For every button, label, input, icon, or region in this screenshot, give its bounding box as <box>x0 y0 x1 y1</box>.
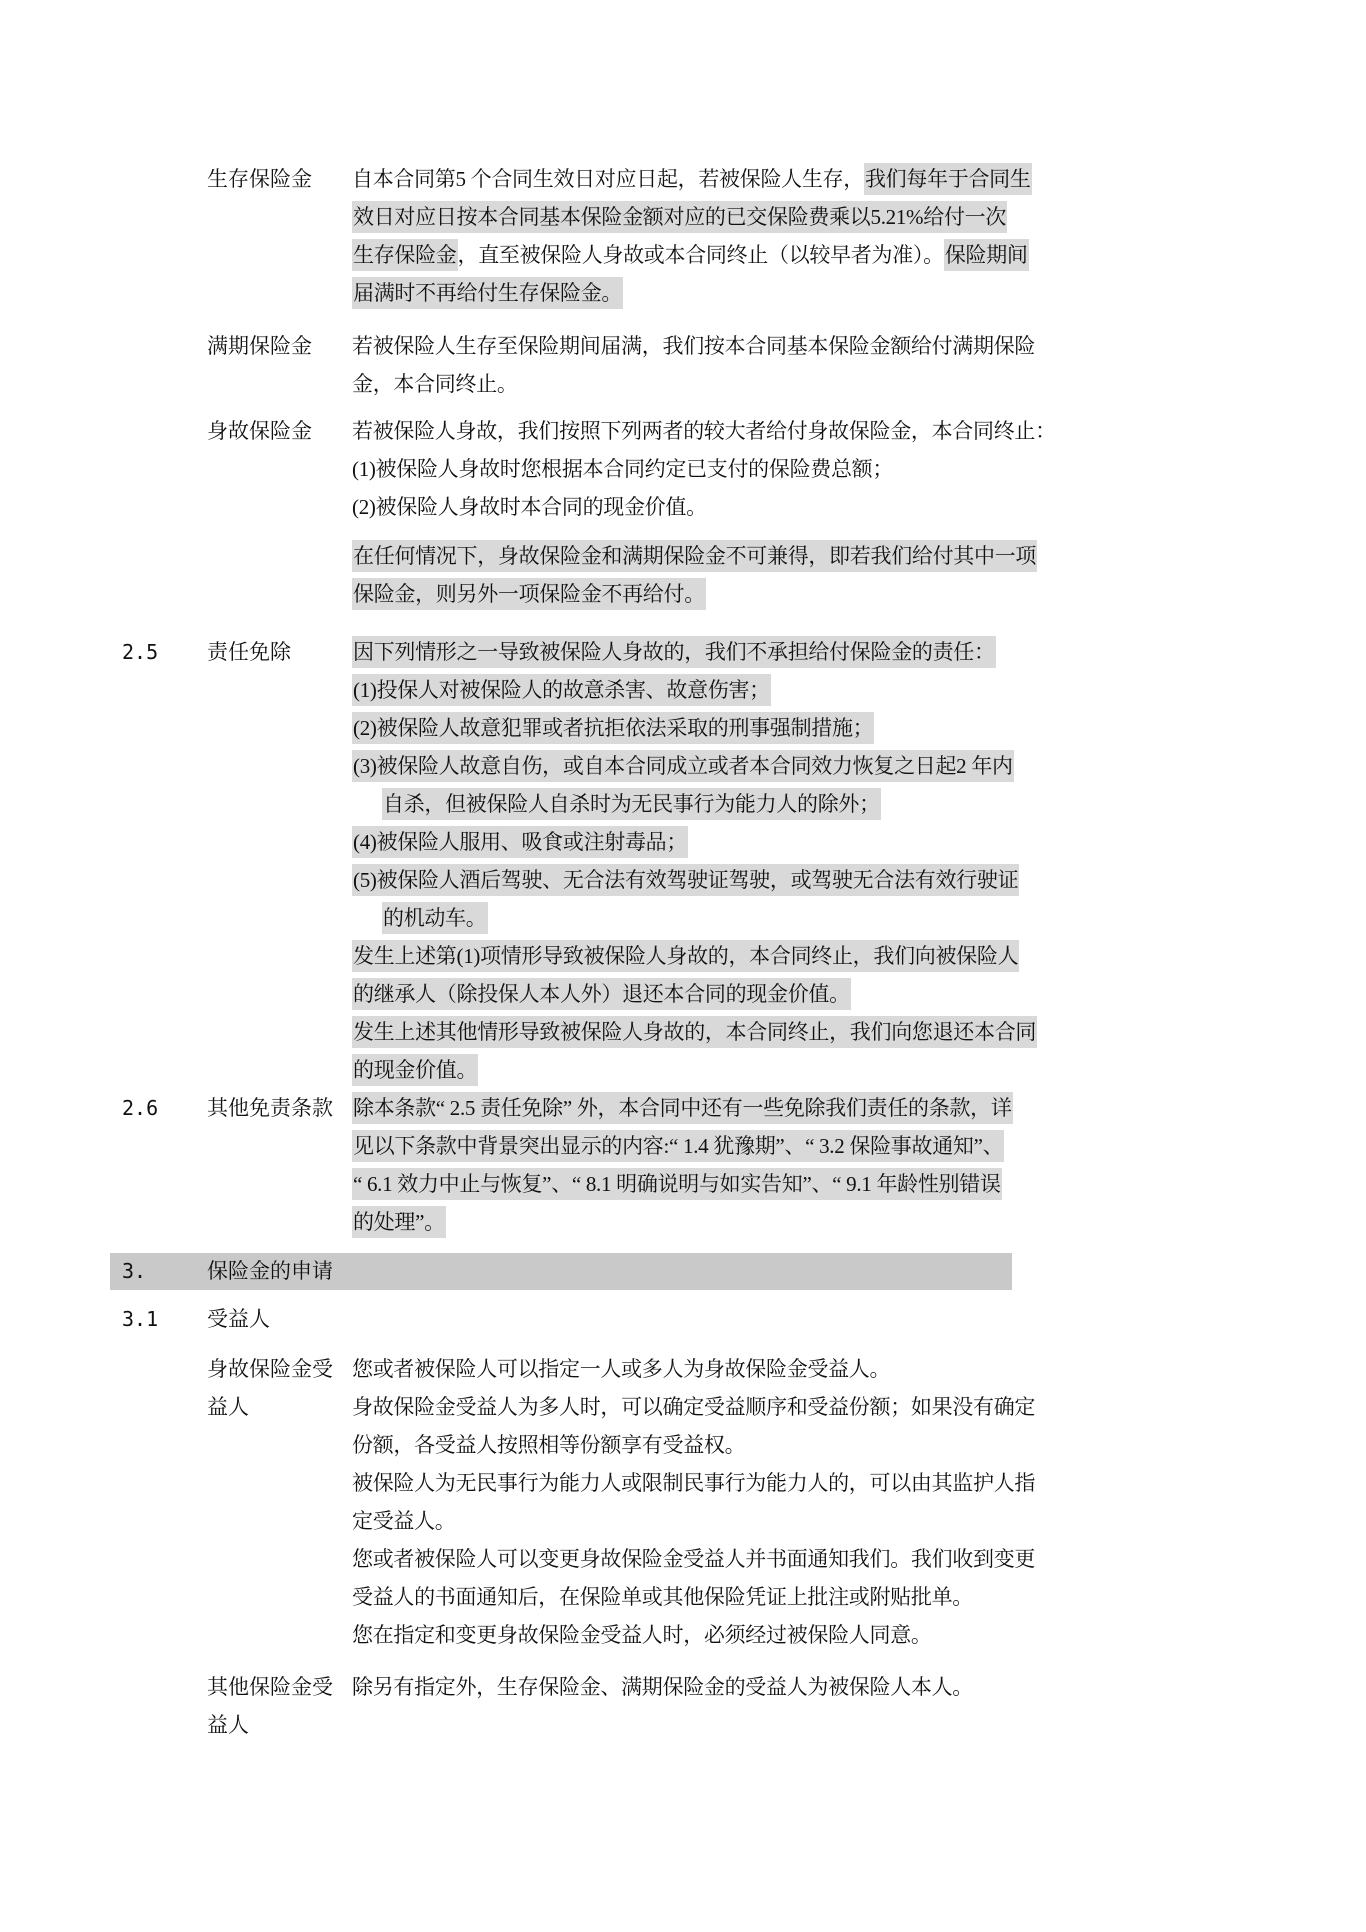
text-line: 的处理”。 <box>352 1203 1015 1241</box>
text-line: (4)被保险人服用、吸食或注射毒品； <box>352 823 1015 861</box>
clause-number: 3. <box>122 1253 207 1290</box>
highlighted-text: 自杀，但被保险人自杀时为无民事行为能力人的除外； <box>382 788 881 820</box>
text-line: 保险金，则另外一项保险金不再给付。 <box>352 575 1015 613</box>
paragraph: 在任何情况下，身故保险金和满期保险金不可兼得，即若我们给付其中一项保险金，则另外… <box>352 537 1015 613</box>
plain-text: ，直至被保险人身故或本合同终止（以较早者为准）。 <box>458 243 944 267</box>
text-line: (3)被保险人故意自伤，或自本合同成立或者本合同效力恢复之日起2 年内 <box>352 747 1015 785</box>
death-benefit-row: 身故保险金若被保险人身故，我们按照下列两者的较大者给付身故保险金，本合同终止：(… <box>122 412 1010 613</box>
other-benefit-beneficiary-row: 其他保险金受益人除另有指定外，生存保险金、满期保险金的受益人为被保险人本人。 <box>122 1668 1010 1744</box>
text-line: (1)被保险人身故时您根据本合同约定已支付的保险费总额； <box>352 450 1015 488</box>
death-benefit-beneficiary-row: 身故保险金受益人您或者被保险人可以指定一人或多人为身故保险金受益人。身故保险金受… <box>122 1350 1010 1654</box>
highlighted-text: 的继承人（除投保人本人外）退还本合同的现金价值。 <box>352 978 851 1010</box>
highlighted-text: 届满时不再给付生存保险金。 <box>352 277 623 309</box>
text-line: (5)被保险人酒后驾驶、无合法有效驾驶证驾驶，或驾驶无合法有效行驶证 <box>352 861 1015 899</box>
highlighted-text: 除本条款“ 2.5 责任免除” 外，本合同中还有一些免除我们责任的条款，详 <box>352 1092 1013 1124</box>
plain-text: 除另有指定外，生存保险金、满期保险金的受益人为被保险人本人。 <box>352 1675 973 1699</box>
clause-text: 因下列情形之一导致被保险人身故的，我们不承担给付保险金的责任：(1)投保人对被保… <box>352 633 1015 1089</box>
highlighted-text: 发生上述其他情形导致被保险人身故的，本合同终止，我们向您退还本合同 <box>352 1016 1037 1048</box>
clause-label: 其他保险金受益人 <box>207 1668 352 1744</box>
plain-text: 自本合同第5 个合同生效日对应日起，若被保险人生存， <box>352 167 864 191</box>
highlighted-text: (4)被保险人服用、吸食或注射毒品； <box>352 826 688 858</box>
text-line: 您或者被保险人可以变更身故保险金受益人并书面通知我们。我们收到变更 <box>352 1540 1015 1578</box>
plain-text: 您在指定和变更身故保险金受益人时，必须经过被保险人同意。 <box>352 1623 932 1647</box>
text-line: 若被保险人身故，我们按照下列两者的较大者给付身故保险金，本合同终止： <box>352 412 1015 450</box>
clause-text: 除另有指定外，生存保险金、满期保险金的受益人为被保险人本人。 <box>352 1668 1015 1706</box>
highlighted-text: 见以下条款中背景突出显示的内容:“ 1.4 犹豫期”、“ 3.2 保险事故通知”… <box>352 1130 1004 1162</box>
survival-benefit-row: 生存保险金自本合同第5 个合同生效日对应日起，若被保险人生存，我们每年于合同生效… <box>122 160 1010 312</box>
highlighted-text: 我们每年于合同生 <box>864 163 1032 195</box>
text-line: 受益人的书面通知后，在保险单或其他保险凭证上批注或附贴批单。 <box>352 1578 1015 1616</box>
text-line: 的机动车。 <box>352 899 1015 937</box>
text-line: (2)被保险人故意犯罪或者抗拒依法采取的刑事强制措施； <box>352 709 1015 747</box>
clause-label: 身故保险金 <box>207 412 352 450</box>
maturity-benefit-row: 满期保险金若被保险人生存至保险期间届满，我们按本合同基本保险金额给付满期保险金，… <box>122 327 1010 403</box>
text-line: 份额，各受益人按照相等份额享有受益权。 <box>352 1426 1015 1464</box>
clause-number: 2.6 <box>122 1089 207 1127</box>
plain-text: 定受益人。 <box>352 1509 456 1533</box>
text-line: 的现金价值。 <box>352 1051 1015 1089</box>
highlighted-text: 保险金，则另外一项保险金不再给付。 <box>352 578 706 610</box>
text-line: 除本条款“ 2.5 责任免除” 外，本合同中还有一些免除我们责任的条款，详 <box>352 1089 1015 1127</box>
highlighted-text: 效日对应日按本合同基本保险金额对应的已交保险费乘以5.21%给付一次 <box>352 201 1007 233</box>
highlighted-text: (5)被保险人酒后驾驶、无合法有效驾驶证驾驶，或驾驶无合法有效行驶证 <box>352 864 1019 896</box>
paragraph: 除另有指定外，生存保险金、满期保险金的受益人为被保险人本人。 <box>352 1668 1015 1706</box>
text-line: (1)投保人对被保险人的故意杀害、故意伤害； <box>352 671 1015 709</box>
plain-text: 金，本合同终止。 <box>352 372 518 396</box>
paragraph: 若被保险人身故，我们按照下列两者的较大者给付身故保险金，本合同终止：(1)被保险… <box>352 412 1015 526</box>
plain-text: 您或者被保险人可以指定一人或多人为身故保险金受益人。 <box>352 1357 890 1381</box>
clause-label: 责任免除 <box>207 633 352 671</box>
text-line: 除另有指定外，生存保险金、满期保险金的受益人为被保险人本人。 <box>352 1668 1015 1706</box>
highlighted-text: (3)被保险人故意自伤，或自本合同成立或者本合同效力恢复之日起2 年内 <box>352 750 1014 782</box>
benefit-application-header-band: 3.保险金的申请 <box>110 1253 1012 1290</box>
paragraph: 若被保险人生存至保险期间届满，我们按本合同基本保险金额给付满期保险金，本合同终止… <box>352 327 1015 403</box>
highlighted-text: “ 6.1 效力中止与恢复”、“ 8.1 明确说明与如实告知”、“ 9.1 年龄… <box>352 1168 1002 1200</box>
plain-text: (2)被保险人身故时本合同的现金价值。 <box>352 495 707 519</box>
text-line: 因下列情形之一导致被保险人身故的，我们不承担给付保险金的责任： <box>352 633 1015 671</box>
other-exemption-clauses-row: 2.6其他免责条款除本条款“ 2.5 责任免除” 外，本合同中还有一些免除我们责… <box>122 1089 1010 1241</box>
highlighted-text: 的处理”。 <box>352 1206 446 1238</box>
clause-number: 2.5 <box>122 633 207 671</box>
clause-label: 满期保险金 <box>207 327 352 365</box>
text-line: 身故保险金受益人为多人时，可以确定受益顺序和受益份额；如果没有确定 <box>352 1388 1015 1426</box>
clause-label: 保险金的申请 <box>207 1253 352 1290</box>
text-line: 金，本合同终止。 <box>352 365 1015 403</box>
paragraph: 您或者被保险人可以指定一人或多人为身故保险金受益人。身故保险金受益人为多人时，可… <box>352 1350 1015 1654</box>
plain-text: 受益人的书面通知后，在保险单或其他保险凭证上批注或附贴批单。 <box>352 1585 973 1609</box>
text-line: 发生上述其他情形导致被保险人身故的，本合同终止，我们向您退还本合同 <box>352 1013 1015 1051</box>
paragraph: 自本合同第5 个合同生效日对应日起，若被保险人生存，我们每年于合同生效日对应日按… <box>352 160 1015 312</box>
plain-text: 若被保险人身故，我们按照下列两者的较大者给付身故保险金，本合同终止： <box>352 419 1056 443</box>
text-line: 您在指定和变更身故保险金受益人时，必须经过被保险人同意。 <box>352 1616 1015 1654</box>
clause-number: 3.1 <box>122 1300 207 1338</box>
highlighted-text: 因下列情形之一导致被保险人身故的，我们不承担给付保险金的责任： <box>352 636 996 668</box>
plain-text: 身故保险金受益人为多人时，可以确定受益顺序和受益份额；如果没有确定 <box>352 1395 1035 1419</box>
highlighted-text: 保险期间 <box>944 239 1029 271</box>
text-line: 见以下条款中背景突出显示的内容:“ 1.4 犹豫期”、“ 3.2 保险事故通知”… <box>352 1127 1015 1165</box>
plain-text: 若被保险人生存至保险期间届满，我们按本合同基本保险金额给付满期保险 <box>352 334 1035 358</box>
text-line: 您或者被保险人可以指定一人或多人为身故保险金受益人。 <box>352 1350 1015 1388</box>
clause-label: 身故保险金受益人 <box>207 1350 352 1426</box>
plain-text: 您或者被保险人可以变更身故保险金受益人并书面通知我们。我们收到变更 <box>352 1547 1035 1571</box>
clause-text: 自本合同第5 个合同生效日对应日起，若被保险人生存，我们每年于合同生效日对应日按… <box>352 160 1015 312</box>
highlighted-text: 发生上述第(1)项情形导致被保险人身故的，本合同终止，我们向被保险人 <box>352 940 1019 972</box>
text-line: 自本合同第5 个合同生效日对应日起，若被保险人生存，我们每年于合同生 <box>352 160 1015 198</box>
liability-exemption-row: 2.5责任免除因下列情形之一导致被保险人身故的，我们不承担给付保险金的责任：(1… <box>122 633 1010 1089</box>
paragraph: 除本条款“ 2.5 责任免除” 外，本合同中还有一些免除我们责任的条款，详见以下… <box>352 1089 1015 1241</box>
clause-text: 若被保险人身故，我们按照下列两者的较大者给付身故保险金，本合同终止：(1)被保险… <box>352 412 1015 613</box>
text-line: “ 6.1 效力中止与恢复”、“ 8.1 明确说明与如实告知”、“ 9.1 年龄… <box>352 1165 1015 1203</box>
text-line: 发生上述第(1)项情形导致被保险人身故的，本合同终止，我们向被保险人 <box>352 937 1015 975</box>
highlighted-text: (2)被保险人故意犯罪或者抗拒依法采取的刑事强制措施； <box>352 712 874 744</box>
text-line: 若被保险人生存至保险期间届满，我们按本合同基本保险金额给付满期保险 <box>352 327 1015 365</box>
clause-label: 受益人 <box>207 1300 352 1338</box>
clause-text: 您或者被保险人可以指定一人或多人为身故保险金受益人。身故保险金受益人为多人时，可… <box>352 1350 1015 1654</box>
highlighted-text: 的现金价值。 <box>352 1054 478 1086</box>
text-line: 定受益人。 <box>352 1502 1015 1540</box>
clause-label: 生存保险金 <box>207 160 352 198</box>
paragraph: 因下列情形之一导致被保险人身故的，我们不承担给付保险金的责任：(1)投保人对被保… <box>352 633 1015 1089</box>
text-line: 生存保险金，直至被保险人身故或本合同终止（以较早者为准）。保险期间 <box>352 236 1015 274</box>
plain-text: (1)被保险人身故时您根据本合同约定已支付的保险费总额； <box>352 457 893 481</box>
text-line: 自杀，但被保险人自杀时为无民事行为能力人的除外； <box>352 785 1015 823</box>
plain-text: 被保险人为无民事行为能力人或限制民事行为能力人的，可以由其监护人指 <box>352 1471 1035 1495</box>
text-line: 在任何情况下，身故保险金和满期保险金不可兼得，即若我们给付其中一项 <box>352 537 1015 575</box>
clause-text: 若被保险人生存至保险期间届满，我们按本合同基本保险金额给付满期保险金，本合同终止… <box>352 327 1015 403</box>
clause-label: 其他免责条款 <box>207 1089 352 1127</box>
clause-text: 除本条款“ 2.5 责任免除” 外，本合同中还有一些免除我们责任的条款，详见以下… <box>352 1089 1015 1241</box>
text-line: 的继承人（除投保人本人外）退还本合同的现金价值。 <box>352 975 1015 1013</box>
highlighted-text: 在任何情况下，身故保险金和满期保险金不可兼得，即若我们给付其中一项 <box>352 540 1037 572</box>
text-line: 届满时不再给付生存保险金。 <box>352 274 1015 312</box>
plain-text: 份额，各受益人按照相等份额享有受益权。 <box>352 1433 745 1457</box>
highlighted-text: (1)投保人对被保险人的故意杀害、故意伤害； <box>352 674 771 706</box>
highlighted-text: 生存保险金 <box>352 239 458 271</box>
text-line: 被保险人为无民事行为能力人或限制民事行为能力人的，可以由其监护人指 <box>352 1464 1015 1502</box>
highlighted-text: 的机动车。 <box>382 902 488 934</box>
beneficiary-heading-row: 3.1受益人 <box>122 1300 1010 1338</box>
document-page: 生存保险金自本合同第5 个合同生效日对应日起，若被保险人生存，我们每年于合同生效… <box>0 0 1010 1744</box>
text-line: 效日对应日按本合同基本保险金额对应的已交保险费乘以5.21%给付一次 <box>352 198 1015 236</box>
text-line: (2)被保险人身故时本合同的现金价值。 <box>352 488 1015 526</box>
